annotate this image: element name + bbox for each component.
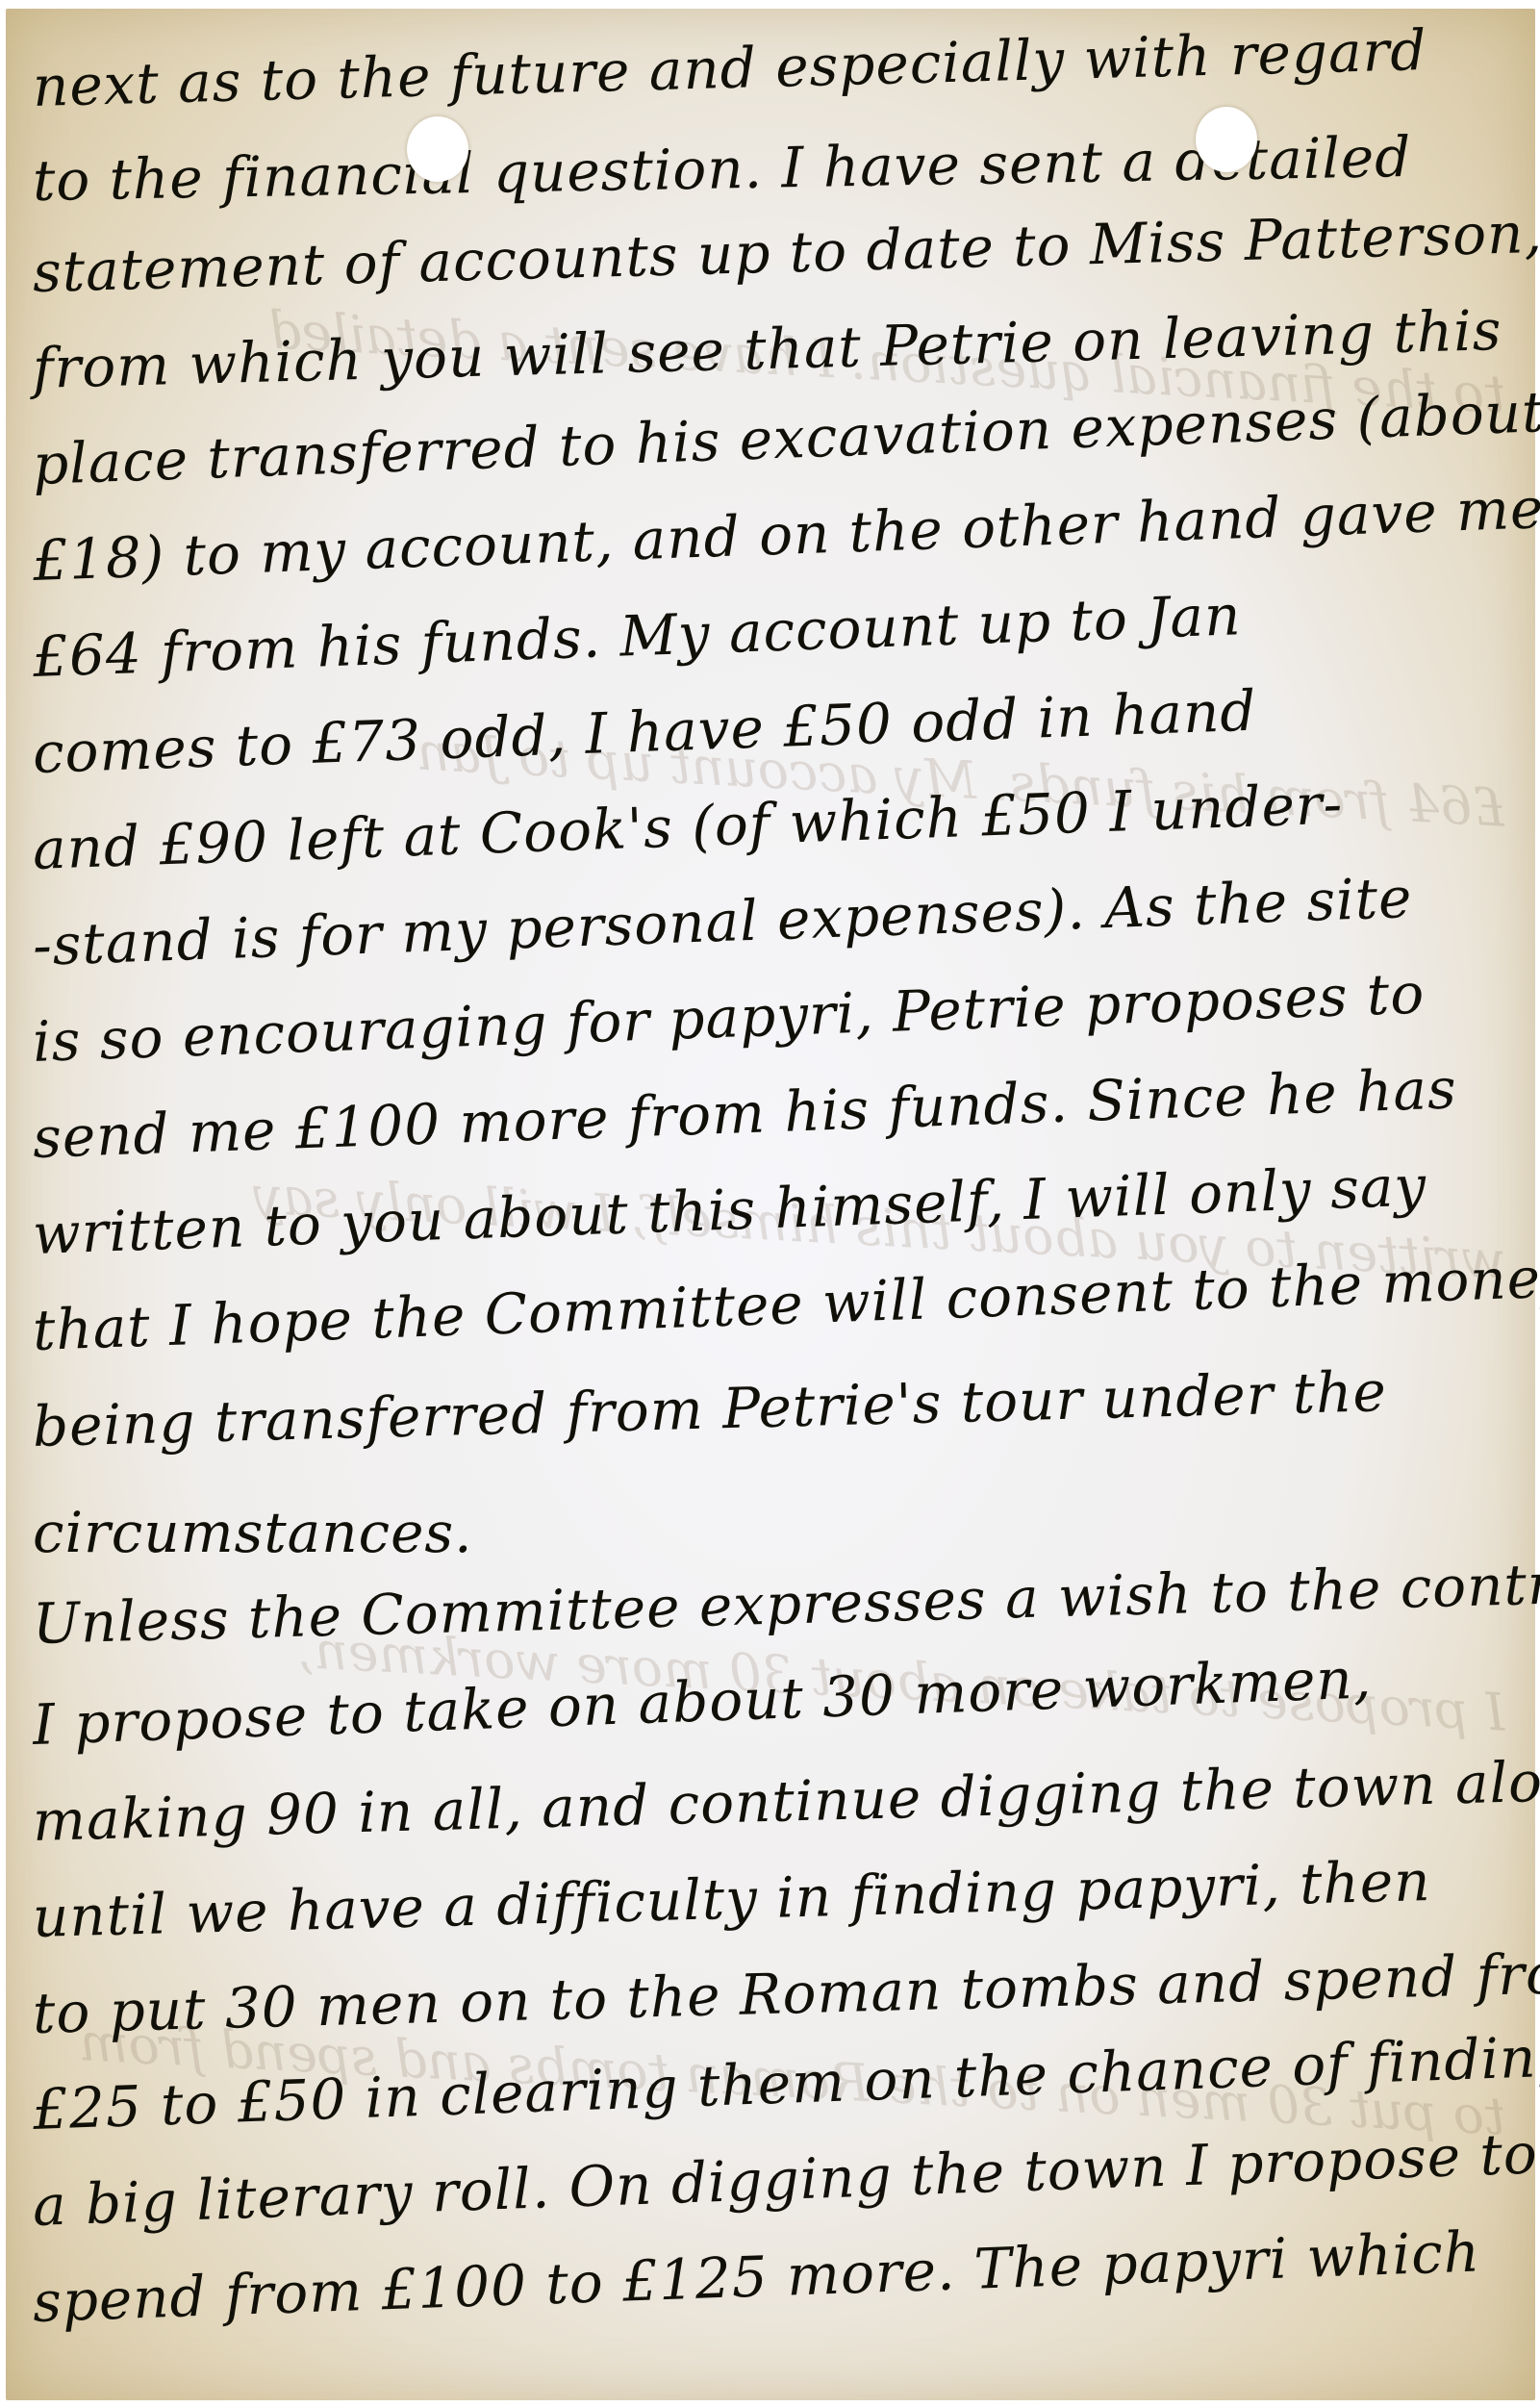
text-line-12: send me £100 more from his funds. Since … (32, 1058, 1516, 1166)
text-line-5: place transferred to his excavation expe… (32, 385, 1516, 493)
text-line-22: £25 to £50 in clearing them on the chanc… (32, 2030, 1516, 2138)
text-line-23: a big literary roll. On digging the town… (32, 2126, 1516, 2234)
text-line-16: circumstances. (33, 1505, 1516, 1560)
text-line-1: next as to the future and especially wit… (32, 20, 1516, 114)
text-line-3: statement of accounts up to date to Miss… (32, 206, 1516, 300)
handwritten-text: next as to the future and especially wit… (6, 9, 1535, 2400)
text-line-15: being transferred from Petrie's tour und… (32, 1360, 1516, 1455)
text-line-19: making 90 in all, and continue digging t… (32, 1755, 1516, 1849)
punch-hole-right (1196, 107, 1257, 172)
text-line-9: and £90 left at Cook's (of which £50 I u… (32, 770, 1516, 877)
text-line-2: to the financial question. I have sent a… (32, 127, 1516, 209)
text-line-8: comes to £73 odd, I have £50 odd in hand (32, 673, 1516, 781)
text-line-4: from which you will see that Petrie on l… (32, 302, 1516, 396)
punch-hole-left (407, 116, 468, 182)
text-line-18: I propose to take on about 30 more workm… (32, 1645, 1516, 1753)
letter-page: to the financial question. I have sent a… (6, 9, 1535, 2400)
text-line-17: Unless the Committee expresses a wish to… (32, 1558, 1516, 1652)
text-line-7: £64 from his funds. My account up to Jan (32, 577, 1516, 685)
text-line-6: £18) to my account, and on the other han… (32, 481, 1516, 589)
text-line-24: spend from £100 to £125 more. The papyri… (32, 2222, 1516, 2330)
text-line-14: that I hope the Committee will consent t… (32, 1251, 1516, 1358)
text-line-10: -stand is for my personal expenses). As … (32, 866, 1516, 974)
text-line-11: is so encouraging for papyri, Petrie pro… (32, 962, 1516, 1070)
text-line-21: to put 30 men on to the Roman tombs and … (32, 1947, 1516, 2041)
text-line-20: until we have a difficulty in finding pa… (32, 1851, 1516, 1945)
text-line-13: written to you about this himself, I wil… (32, 1154, 1516, 1262)
